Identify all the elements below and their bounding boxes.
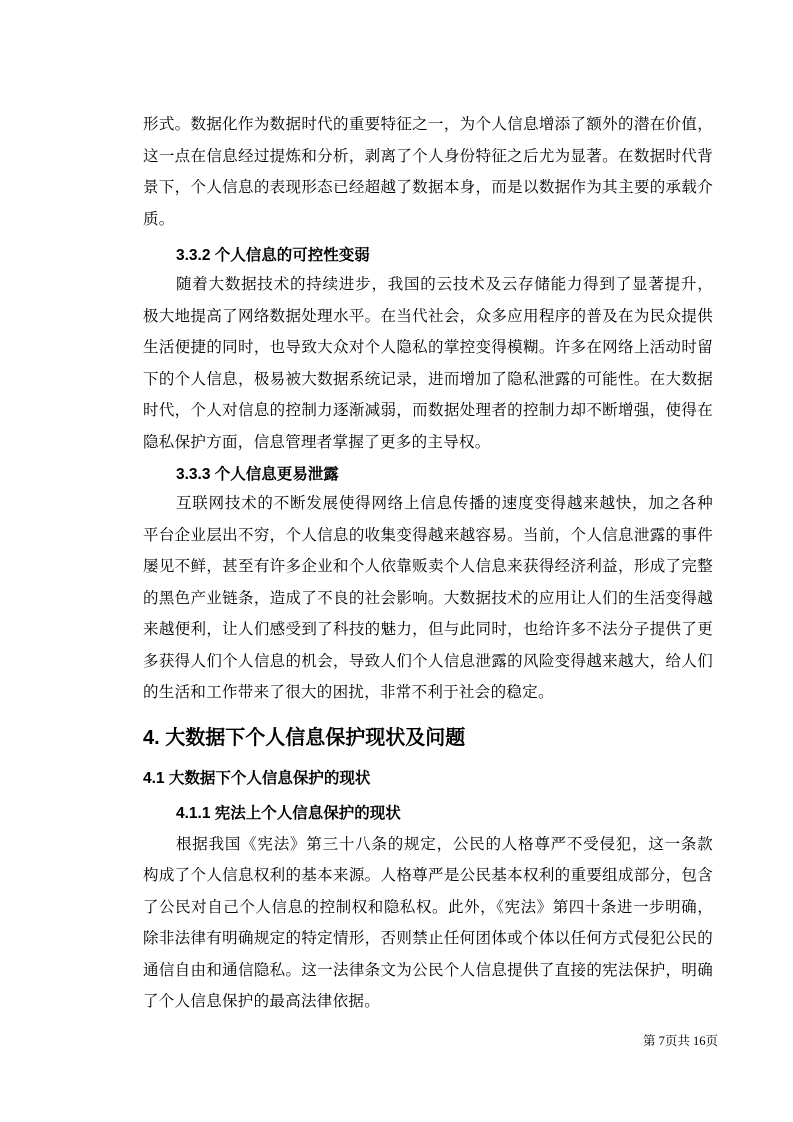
- paragraph-3-3-2: 随着大数据技术的持续进步，我国的云技术及云存储能力得到了显著提升，极大地提高了网…: [143, 269, 713, 458]
- section-4-1-heading: 4.1 大数据下个人信息保护的现状: [143, 765, 713, 793]
- continuation-paragraph: 形式。数据化作为数据时代的重要特征之一，为个人信息增添了额外的潜在价值，这一点在…: [143, 109, 713, 235]
- page-number-footer: 第 7页共 16页: [643, 1032, 718, 1050]
- heading-3-3-3: 3.3.3 个人信息更易泄露: [176, 462, 713, 488]
- heading-3-3-2: 3.3.2 个人信息的可控性变弱: [176, 243, 713, 269]
- document-page: 形式。数据化作为数据时代的重要特征之一，为个人信息增添了额外的潜在价值，这一点在…: [0, 0, 793, 1122]
- chapter-4-heading: 4. 大数据下个人信息保护现状及问题: [143, 721, 713, 755]
- heading-4-1-1: 4.1.1 宪法上个人信息保护的现状: [176, 801, 713, 827]
- paragraph-3-3-3: 互联网技术的不断发展使得网络上信息传播的速度变得越来越快，加之各种平台企业层出不…: [143, 488, 713, 709]
- page-content: 形式。数据化作为数据时代的重要特征之一，为个人信息增添了额外的潜在价值，这一点在…: [143, 109, 713, 1018]
- paragraph-4-1-1: 根据我国《宪法》第三十八条的规定，公民的人格尊严不受侵犯，这一条款构成了个人信息…: [143, 829, 713, 1018]
